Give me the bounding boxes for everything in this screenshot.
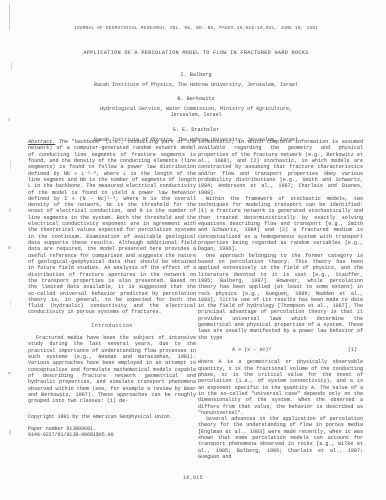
equation-number: (1) [348, 347, 357, 353]
author-name: I. Balberg [30, 72, 362, 78]
copyright-line: Copyright 1991 by the American Geophysic… [28, 414, 196, 420]
author-affiliation: Hydrological Service, Water Commission, … [89, 106, 304, 118]
abstract-text: The "backbone" (i.e., conducting part of… [28, 139, 196, 315]
scan-artifact [9, 4, 10, 30]
scan-artifact [10, 300, 11, 306]
scanned-paper-page: JOURNAL OF GEOPHYSICAL RESEARCH, VOL. 96… [0, 0, 386, 500]
scan-artifact [8, 118, 10, 121]
scan-artifact [8, 246, 11, 249]
right-column: terministic, in which complete informati… [198, 139, 363, 460]
intro-paragraph: Fractured media have been the subject of… [28, 335, 196, 404]
author-block: I. Balberg Racah Institute of Physics, T… [30, 64, 362, 143]
abstract: Abstract. The "backbone" (i.e., conducti… [28, 139, 196, 316]
scan-artifact [10, 160, 11, 170]
scan-artifact [11, 62, 12, 70]
author-name: B. Berkowitz [30, 96, 362, 102]
left-column: Abstract. The "backbone" (i.e., conducti… [28, 139, 196, 438]
body-paragraph: Within the framework of stochastic model… [198, 196, 363, 253]
body-paragraph: One approach belonging to the former cat… [198, 253, 363, 341]
scan-artifact [9, 208, 11, 212]
equation-body: A ∝ (x − xc)ᵃ [232, 347, 271, 353]
scan-artifact [8, 372, 11, 374]
paper-title: APPLICATION OF A PERCOLATION MODEL TO FL… [30, 50, 362, 56]
footnote-block: Copyright 1991 by the American Geophysic… [28, 414, 196, 439]
scan-artifact [9, 430, 11, 435]
section-heading-introduction: Introduction [28, 323, 196, 329]
body-paragraph: where A is a geometrical or physically o… [198, 359, 363, 416]
body-paragraph: Several advances in the application of p… [198, 416, 363, 460]
equation-1: A ∝ (x − xc)ᵃ (1) [198, 347, 363, 353]
abstract-label: Abstract. [28, 139, 55, 145]
author-affiliation: Racah Institute of Physics, The Hebrew U… [81, 82, 311, 88]
body-paragraph: terministic, in which complete informati… [198, 139, 363, 196]
journal-header: JOURNAL OF GEOPHYSICAL RESEARCH, VOL. 96… [30, 26, 362, 31]
author-name: G. E. Drachsler [30, 127, 362, 133]
page-number: 10,015 [0, 475, 386, 481]
issn-code-line: 0148-0227/91/91JB-00681$05.00 [28, 432, 196, 438]
